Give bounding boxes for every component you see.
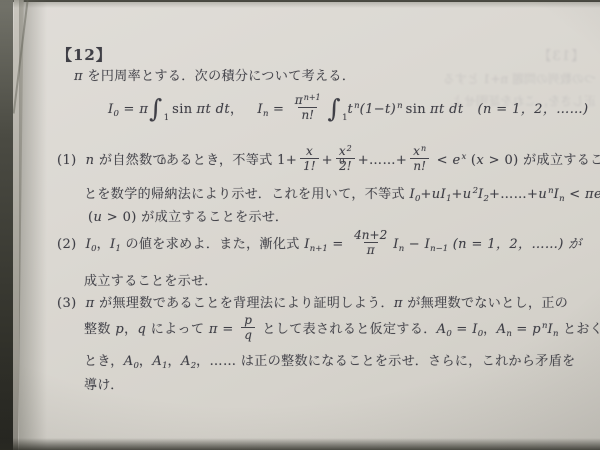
fraction-denominator: 1!: [300, 158, 318, 173]
math-sub: n−1: [430, 244, 448, 254]
math-op: +: [286, 153, 297, 168]
integral-upper-limit: 1: [342, 96, 347, 140]
math-var-pi: π: [394, 296, 403, 311]
math-var-I: I: [472, 322, 478, 337]
math-var-pi: π: [295, 93, 303, 107]
math-var-e: e: [452, 153, 460, 168]
part3-text: として表されると仮定する．: [258, 322, 437, 337]
part3-text: が無理数であることを背理法により証明しよう．: [95, 296, 394, 311]
math-var-A: A: [152, 354, 162, 369]
math-op: +: [322, 153, 333, 168]
math-var-u: u: [463, 187, 472, 202]
photo-left-edge: [0, 0, 13, 450]
math-sub: n: [263, 109, 268, 119]
math-comma: ，: [139, 354, 152, 369]
intro-line: π を円周率とする．次の積分について考える．: [74, 65, 355, 84]
display-formula: I0 = π∫10sinπt dt，In = πn+1n!∫10tn(1−t)n…: [108, 88, 589, 133]
math-sup: n: [421, 144, 426, 153]
math-fn-sin: sin: [172, 102, 192, 117]
math-var-I: I: [393, 237, 399, 252]
part2-label: (2): [57, 237, 77, 252]
math-sup: 2: [347, 144, 352, 153]
math-range-note: (n = 1，2，……): [477, 102, 588, 117]
math-sub: 1: [162, 361, 167, 371]
math-ellipsis: +……+: [489, 187, 538, 202]
part3-text: が無理数でないとし，正の: [403, 296, 568, 311]
problem-number-text: 【12】: [57, 46, 112, 64]
fraction-numerator: x: [303, 144, 316, 158]
math-sub: 0: [133, 361, 138, 371]
integral-glyph: ∫: [149, 96, 162, 121]
math-op: =: [452, 322, 472, 337]
math-sub: 0: [446, 329, 451, 339]
math-var-p: p: [532, 322, 541, 337]
part1-text: が成立するこ: [523, 153, 600, 168]
bleedthrough-line: つの数列の問題 n+1 とする: [366, 68, 596, 90]
math-op: +: [420, 187, 431, 202]
math-sup: x: [462, 152, 467, 162]
math-sup: n+1: [304, 93, 321, 102]
math-var-A: A: [181, 354, 191, 369]
math-op: −: [404, 237, 424, 252]
fraction-numerator: x2: [336, 144, 355, 158]
part1-text: とを数学的帰納法により示せ．これを用いて，不等式: [84, 187, 409, 202]
math-bracket-term: (1−t): [360, 102, 397, 117]
math-op: =: [268, 102, 288, 117]
math-op: <: [565, 187, 585, 202]
math-sup: 2: [473, 186, 478, 196]
math-var-x: x: [339, 144, 346, 158]
math-var-pi: π: [139, 102, 148, 117]
math-var-pi: π: [74, 69, 83, 84]
part2-line2: 成立することを示せ．: [84, 270, 218, 289]
math-var-u: u: [538, 187, 547, 202]
part3-text: とき，: [84, 354, 124, 369]
math-var-t: t: [348, 102, 354, 117]
math-op: <: [432, 153, 452, 168]
math-sub: 0: [114, 109, 119, 119]
math-integrand: πt dt: [430, 102, 463, 117]
fraction-pi-power: πn+1n!: [292, 93, 324, 123]
math-var-I: I: [110, 237, 116, 252]
math-var-pi: π: [86, 296, 95, 311]
part3-text: とおく: [558, 322, 600, 337]
math-sub: n: [553, 329, 558, 339]
math-sup: n: [548, 186, 553, 196]
fraction-x2-2: x22!: [336, 144, 355, 174]
math-ellipsis: +……+: [358, 153, 407, 168]
part3-label: (3): [57, 296, 77, 311]
intro-text: を円周率とする．次の積分について考える．: [83, 69, 355, 84]
fraction-numerator: p: [241, 313, 255, 327]
math-sub: 1: [116, 244, 121, 254]
math-sub: n+1: [310, 244, 328, 254]
fraction-numerator: 4n+2: [351, 228, 390, 242]
math-sup: n: [397, 101, 402, 111]
math-sub: n: [399, 244, 404, 254]
math-var-I: I: [478, 187, 484, 202]
math-var-q: q: [137, 322, 146, 337]
part2-line1: (2)I0，I1 の値を求めよ．また，漸化式 In+1 = 4n+2πIn − …: [57, 226, 582, 265]
fraction-denominator: n!: [298, 107, 317, 122]
part1-text: が自然数であるとき，不等式: [94, 153, 277, 168]
fraction-numerator: πn+1: [292, 93, 324, 107]
math-var-I: I: [108, 102, 114, 117]
integral-upper-limit: 1: [164, 96, 169, 140]
math-var-A: A: [437, 322, 447, 337]
part1-text: > 0) が成立することを示せ．: [102, 210, 288, 225]
part3-text: 整数: [84, 322, 115, 337]
math-var-A: A: [497, 322, 507, 337]
integral-limits: 10: [163, 96, 168, 122]
part3-text: によって: [146, 322, 209, 337]
part3-line4: 導け．: [84, 374, 124, 393]
math-op: =: [328, 237, 348, 252]
fraction-4n2-pi: 4n+2π: [351, 228, 390, 258]
math-sub: 0: [415, 194, 420, 204]
math-integrand: πt dt: [197, 102, 230, 117]
integral-sign: ∫10: [149, 96, 168, 122]
math-comma: ，: [483, 322, 496, 337]
math-op: =: [512, 322, 532, 337]
fraction-numerator: xn: [410, 144, 429, 158]
integral-limits: 10: [341, 96, 346, 122]
part3-line1: (3)π が無理数であることを背理法により証明しよう．π が無理数でないとし，正…: [57, 292, 568, 311]
photo-top-shadow: [0, 0, 600, 8]
math-var-u: u: [432, 187, 441, 202]
part3-text: 導け．: [84, 378, 124, 393]
fraction-denominator: n!: [410, 158, 429, 173]
part2-text: 成立することを示せ．: [84, 274, 218, 289]
problem-number: 【12】: [57, 44, 112, 65]
math-sup: n: [542, 321, 547, 331]
bleedthrough-problem-number: 【13】: [366, 46, 596, 68]
photographed-book-page: 【13】 つの数列の問題 n+1 とする 正しさを，これを証明せよ 【12】 π…: [0, 0, 600, 450]
math-var-A: A: [124, 354, 134, 369]
math-paren: > 0): [484, 153, 523, 168]
math-num: 1: [277, 153, 286, 168]
photo-bottom-shadow: [0, 438, 600, 450]
math-fn-sin: sin: [406, 102, 426, 117]
part1-label: (1): [57, 153, 77, 168]
fraction-denominator: π: [364, 242, 378, 257]
math-sub: 1: [446, 194, 451, 204]
fraction-p-q: pq: [241, 313, 255, 343]
math-var-pi: π: [209, 322, 218, 337]
math-comma: ，: [168, 354, 181, 369]
part3-line2: 整数 p，q によって π = pq として表されると仮定する．A0 = I0，…: [84, 312, 600, 349]
math-op: +: [452, 187, 463, 202]
part1-line3: (u > 0) が成立することを示せ．: [88, 206, 288, 225]
math-paren: (: [466, 153, 476, 168]
math-sub: 2: [484, 194, 489, 204]
fraction-denominator: q: [241, 327, 255, 342]
part2-text: の値を求めよ．また，漸化式: [121, 237, 304, 252]
integral-glyph: ∫: [328, 96, 341, 121]
math-sub: 0: [91, 244, 96, 254]
math-op: =: [119, 102, 139, 117]
math-comma: ，: [230, 102, 243, 117]
fraction-xn-n: xnn!: [410, 144, 429, 174]
integral-sign: ∫10: [328, 96, 347, 122]
fraction-x-1: x1!: [300, 144, 318, 174]
part3-text: ，…… は正の整数になることを示せ．さらに，これから矛盾を: [196, 354, 575, 369]
math-sub: 2: [191, 361, 196, 371]
math-sub: n: [506, 329, 511, 339]
math-op: =: [218, 322, 238, 337]
math-var-p: p: [115, 322, 124, 337]
math-comma: ，: [97, 237, 110, 252]
math-var-x: x: [476, 153, 484, 168]
math-comma: ，: [124, 322, 137, 337]
math-term-pie: πe: [585, 187, 600, 202]
part1-line2: とを数学的帰納法により示せ．これを用いて，不等式 I0+uI1+u2I2+……+…: [84, 183, 600, 202]
math-sub: n: [559, 194, 564, 204]
math-sub: 0: [478, 329, 483, 339]
math-range-note: (n = 1，2，……) が: [448, 237, 581, 252]
math-var-I: I: [304, 237, 310, 252]
part1-line1: (1)n が自然数であるとき，不等式 1+x1!+x22!+……+xnn! < …: [57, 144, 600, 179]
fraction-denominator: 2!: [336, 158, 354, 173]
part3-line3: とき，A0，A1，A2，…… は正の整数になることを示せ．さらに，これから矛盾を: [84, 350, 576, 369]
math-var-u: u: [93, 210, 102, 225]
page-gutter-shadow: [19, 0, 47, 450]
math-sup: n: [354, 101, 359, 111]
math-var-x: x: [413, 144, 420, 158]
